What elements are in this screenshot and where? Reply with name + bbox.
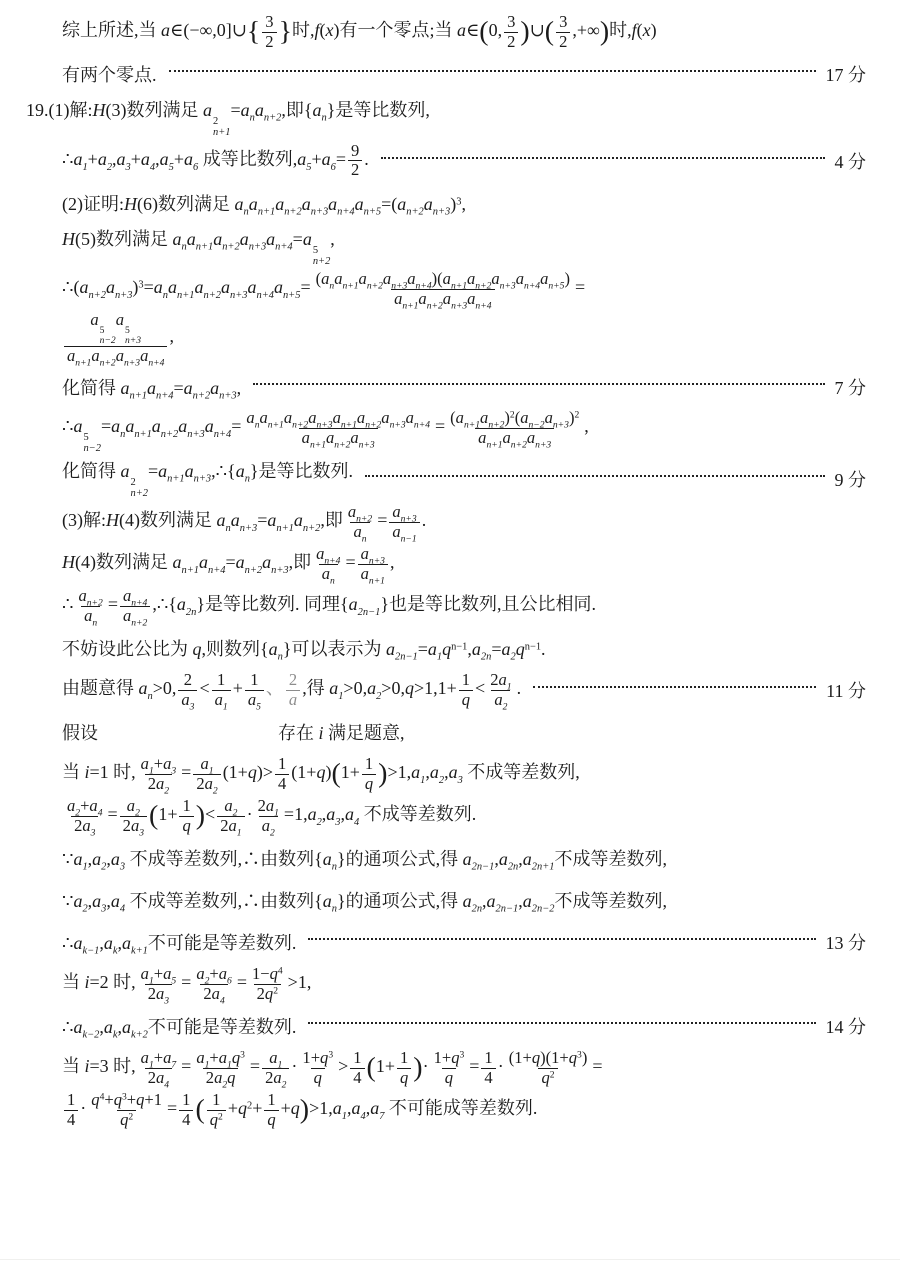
math-line-content: ∴ak−1,ak,ak+1不可能是等差数列.	[62, 929, 296, 955]
math-line-content: 19.(1)解:H(3)数列满足 a2n+1=anan+2,即{an}是等比数列…	[26, 96, 430, 139]
math-line-l17: 假设存在 i 满足题意,	[62, 712, 870, 752]
math-line-l23: 当 i=2 时,a1+a52a3=a2+a62a4=1−q42q2>1,	[62, 964, 870, 1004]
math-line-content: 当 i=1 时,a1+a32a2=a12a2(1+q)>14(1+q)(1+1q…	[62, 755, 580, 793]
math-line-content: (3)解:H(4)数列满足 anan+3=an+1an+2,即an+2an=an…	[62, 503, 426, 541]
math-line-l4: ∴a1+a2,a3+a4,a5+a6 成等比数列,a5+a6=92.4 分	[62, 141, 870, 181]
math-line-content: 化简得 an+1an+4=an+2an+3,	[62, 374, 241, 400]
math-line-content: 由题意得 an>0,2a3<1a1+1a5、2a,得 a1>0,a2>0,q>1…	[62, 671, 521, 709]
dotted-leader	[381, 157, 825, 159]
dotted-leader	[253, 383, 824, 385]
math-line-l21: ∵a2,a3,a4 不成等差数列,∴由数列{an}的通项公式,得 a2n,a2n…	[62, 880, 870, 920]
math-line-l11: 化简得 a2n+2=an+1an+3,∴{an}是等比数列.9 分	[62, 457, 870, 500]
math-line-content: ∴a1+a2,a3+a4,a5+a6 成等比数列,a5+a6=92.	[62, 142, 369, 180]
score-label: 14 分	[826, 1013, 871, 1039]
dotted-leader	[365, 475, 824, 477]
score-label: 9 分	[835, 466, 871, 492]
solution-lines: 综上所述,当 a∈(−∞,0]∪{32}时,f(x)有一个零点;当 a∈(0,3…	[62, 12, 870, 1130]
math-line-content: 当 i=2 时,a1+a52a3=a2+a62a4=1−q42q2>1,	[62, 965, 311, 1003]
math-line-l7: ∴(an+2an+3)3=anan+1an+2an+3an+4an+5=(ana…	[62, 269, 870, 309]
math-line-content: H(5)数列满足 anan+1an+2an+3an+4=a5n+2,	[62, 225, 335, 268]
math-line-content: ∴ak−2,ak,ak+2不可能是等差数列.	[62, 1013, 296, 1039]
math-line-content: ∵a1,a2,a3 不成等差数列,∴由数列{an}的通项公式,得 a2n−1,a…	[62, 845, 667, 871]
math-line-content: 14·q4+q3+q+1q2=14(1q2+q2+1q+q)>1,a1,a4,a…	[62, 1091, 537, 1129]
score-label: 13 分	[826, 929, 871, 955]
math-line-content: ∵a2,a3,a4 不成等差数列,∴由数列{an}的通项公式,得 a2n,a2n…	[62, 887, 667, 913]
math-line-content: 当 i=3 时,a1+a72a4=a1+a1q32a2q=a12a2·1+q3q…	[62, 1049, 603, 1087]
dotted-leader	[169, 70, 816, 72]
math-line-content: 假设存在 i 满足题意,	[62, 719, 405, 745]
math-line-content: 不妨设此公比为 q,则数列{an}可以表示为 a2n−1=a1qn−1,a2n=…	[62, 635, 546, 661]
math-line-l14: ∴an+2an=an+4an+2,∴{a2n}是等比数列. 同理{a2n−1}也…	[62, 586, 870, 626]
math-line-l6: H(5)数列满足 anan+1an+2an+3an+4=a5n+2,	[62, 225, 870, 268]
math-line-content: 综上所述,当 a∈(−∞,0]∪{32}时,f(x)有一个零点;当 a∈(0,3…	[62, 13, 657, 51]
math-line-content: ∴(an+2an+3)3=anan+1an+2an+3an+4an+5=(ana…	[62, 270, 585, 308]
score-label: 4 分	[835, 148, 871, 174]
math-line-l10: ∴a5n−2=anan+1an+2an+3an+4=anan+1an+2an+3…	[62, 409, 870, 455]
math-line-l13: H(4)数列满足 an+1an+4=an+2an+3,即an+4an=an+3a…	[62, 544, 870, 584]
page-bottom-edge	[0, 1259, 900, 1260]
score-label: 11 分	[826, 677, 870, 703]
math-line-content: ∴an+2an=an+4an+2,∴{a2n}是等比数列. 同理{a2n−1}也…	[62, 587, 596, 625]
math-line-l18: 当 i=1 时,a1+a32a2=a12a2(1+q)>14(1+q)(1+1q…	[62, 754, 870, 794]
math-line-l1: 综上所述,当 a∈(−∞,0]∪{32}时,f(x)有一个零点;当 a∈(0,3…	[62, 12, 870, 52]
math-line-l20: ∵a1,a2,a3 不成等差数列,∴由数列{an}的通项公式,得 a2n−1,a…	[62, 838, 870, 878]
math-line-l26: 14·q4+q3+q+1q2=14(1q2+q2+1q+q)>1,a1,a4,a…	[62, 1090, 870, 1130]
math-line-l15: 不妨设此公比为 q,则数列{an}可以表示为 a2n−1=a1qn−1,a2n=…	[62, 628, 870, 668]
math-line-l12: (3)解:H(4)数列满足 anan+3=an+1an+2,即an+2an=an…	[62, 502, 870, 542]
math-line-content: a2+a42a3=a22a3(1+1q)<a22a1·2a1a2=1,a2,a3…	[62, 797, 476, 835]
math-line-content: 有两个零点.	[62, 61, 157, 87]
math-line-content: a5n−2a5n+3an+1an+2an+3an+4,	[62, 311, 174, 365]
math-line-l24: ∴ak−2,ak,ak+2不可能是等差数列.14 分	[62, 1006, 870, 1046]
dotted-leader	[308, 1022, 815, 1024]
answer-sheet-page: 综上所述,当 a∈(−∞,0]∪{32}时,f(x)有一个零点;当 a∈(0,3…	[0, 0, 900, 1273]
math-line-content: ∴a5n−2=anan+1an+2an+3an+4=anan+1an+2an+3…	[62, 409, 589, 455]
dotted-leader	[308, 938, 815, 940]
score-label: 17 分	[826, 61, 871, 87]
math-line-l2: 有两个零点.17 分	[62, 54, 870, 94]
math-line-l19: a2+a42a3=a22a3(1+1q)<a22a1·2a1a2=1,a2,a3…	[62, 796, 870, 836]
math-line-l16: 由题意得 an>0,2a3<1a1+1a5、2a,得 a1>0,a2>0,q>1…	[62, 670, 870, 710]
math-line-content: 化简得 a2n+2=an+1an+3,∴{an}是等比数列.	[62, 457, 353, 500]
math-line-l22: ∴ak−1,ak,ak+1不可能是等差数列.13 分	[62, 922, 870, 962]
math-line-content: (2)证明:H(6)数列满足 anan+1an+2an+3an+4an+5=(a…	[62, 190, 466, 216]
math-line-l5: (2)证明:H(6)数列满足 anan+1an+2an+3an+4an+5=(a…	[62, 183, 870, 223]
math-line-l8: a5n−2a5n+3an+1an+2an+3an+4,	[62, 311, 870, 365]
score-label: 7 分	[835, 374, 871, 400]
math-line-content: H(4)数列满足 an+1an+4=an+2an+3,即an+4an=an+3a…	[62, 545, 394, 583]
dotted-leader	[533, 686, 816, 688]
math-line-l9: 化简得 an+1an+4=an+2an+3,7 分	[62, 367, 870, 407]
math-line-l25: 当 i=3 时,a1+a72a4=a1+a1q32a2q=a12a2·1+q3q…	[62, 1048, 870, 1088]
math-line-l3: 19.(1)解:H(3)数列满足 a2n+1=anan+2,即{an}是等比数列…	[26, 96, 870, 139]
